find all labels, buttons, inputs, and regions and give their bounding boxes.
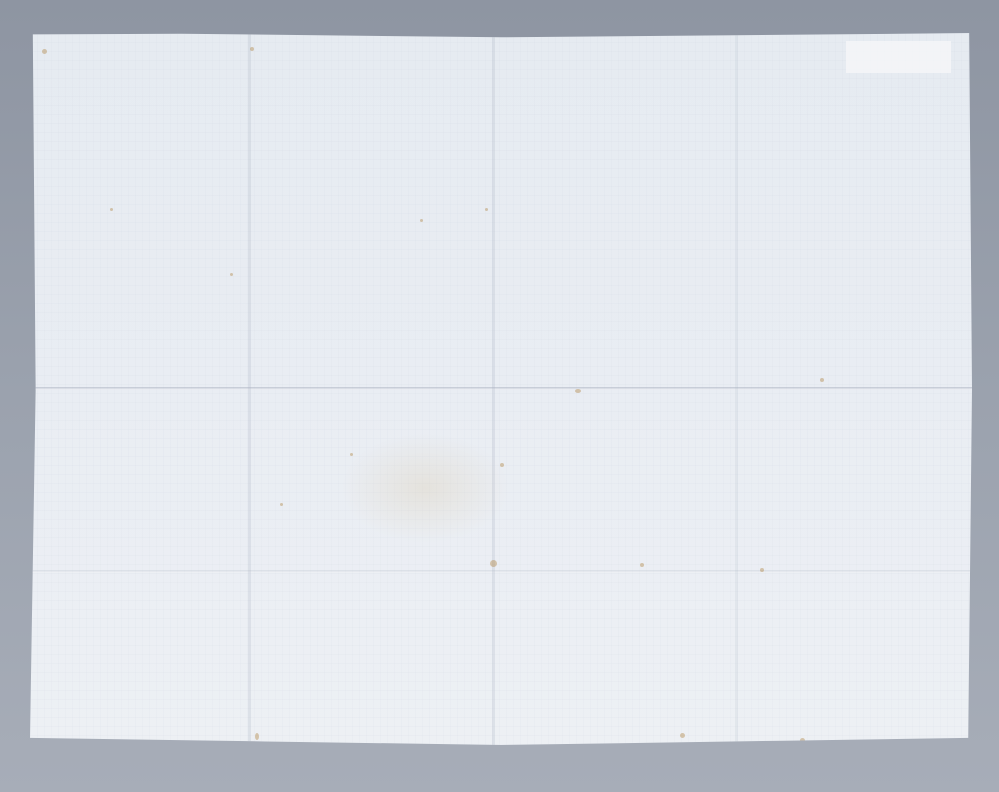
foxing-spot	[230, 273, 233, 276]
foxing-spot	[640, 563, 644, 567]
foxing-spot	[110, 208, 113, 211]
foxing-spot	[255, 733, 259, 740]
foxing-spot	[820, 378, 824, 382]
foxing-spot	[250, 47, 254, 51]
foxing-spot	[800, 738, 805, 743]
foxing-spot	[485, 208, 488, 211]
foxing-spot	[575, 389, 581, 393]
lower-fold-crease	[30, 570, 972, 573]
photo-scene	[0, 0, 999, 792]
vertical-center-crease	[492, 33, 495, 745]
foxing-spot	[42, 49, 47, 54]
foxing-spot	[350, 453, 353, 456]
vertical-right-crease	[735, 33, 738, 745]
foxing-spot	[680, 733, 685, 738]
center-fold-crease	[30, 387, 972, 390]
foxing-spot	[500, 463, 504, 467]
foxing-spot	[760, 568, 764, 572]
foxing-spot	[105, 743, 109, 749]
foxing-spot	[280, 503, 283, 506]
vertical-left-crease	[248, 33, 251, 745]
foxing-spot	[420, 219, 423, 222]
foxing-spot	[490, 560, 497, 567]
linen-cloth	[30, 33, 972, 745]
label-patch	[846, 41, 951, 73]
stain-area	[340, 433, 510, 543]
